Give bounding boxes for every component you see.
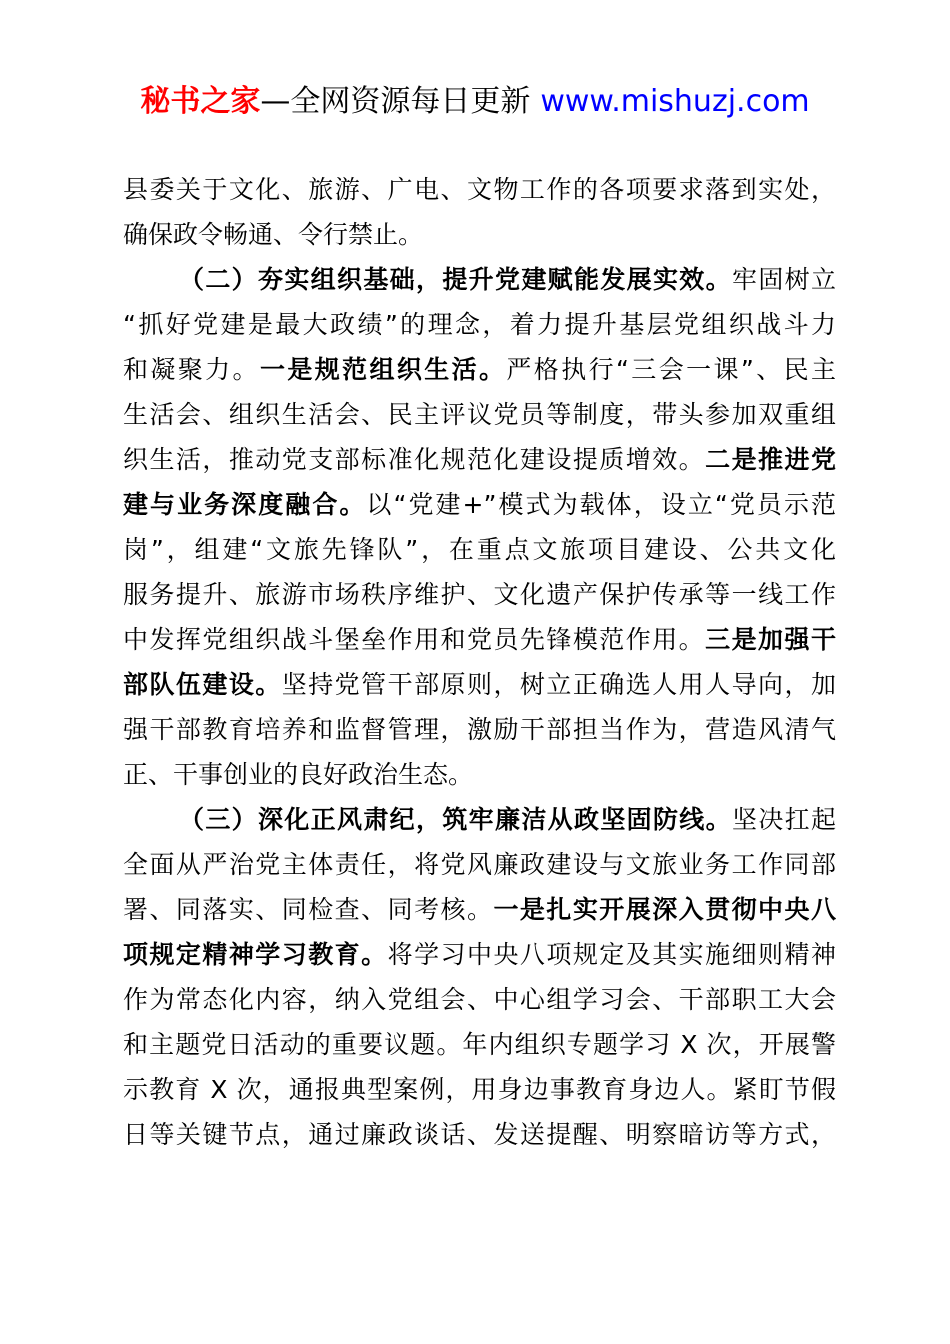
bold-text-segment: 二是推进党 [705, 445, 836, 474]
text-segment: 全面从严治党主体责任，将党风廉政建设与文旅业务工作同部 [123, 850, 836, 879]
text-line: 中发挥党组织战斗堡垒作用和党员先锋模范作用。三是加强干 [123, 617, 836, 662]
header-dash: — [260, 84, 290, 119]
text-segment: 作为常态化内容，纳入党组会、中心组学习会、干部职工大会 [123, 985, 836, 1014]
text-segment: 织生活，推动党支部标准化规范化建设提质增效。 [123, 445, 705, 474]
site-header: 秘书之家—全网资源每日更新www.mishuzj.com [0, 84, 950, 120]
text-line: 部队伍建设。坚持党管干部原则，树立正确选人用人导向，加 [123, 662, 836, 707]
document-body: 县委关于文化、旅游、广电、文物工作的各项要求落到实处，确保政令畅通、令行禁止。（… [123, 167, 836, 1157]
text-line: 作为常态化内容，纳入党组会、中心组学习会、干部职工大会 [123, 977, 836, 1022]
text-segment: 岗”，组建“文旅先锋队”，在重点文旅项目建设、公共文化 [123, 535, 836, 564]
text-segment: 将学习中央八项规定及其实施细则精神 [388, 940, 836, 969]
text-line: 署、同落实、同检查、同考核。一是扎实开展深入贯彻中央八 [123, 887, 836, 932]
text-line: 强干部教育培养和监督管理，激励干部担当作为，营造风清气 [123, 707, 836, 752]
text-segment: 正、干事创业的良好政治生态。 [123, 760, 473, 789]
text-line: 和凝聚力。一是规范组织生活。严格执行“三会一课”、民主 [123, 347, 836, 392]
text-segment: 县委关于文化、旅游、广电、文物工作的各项要求落到实处， [123, 175, 836, 204]
bold-text-segment: （三）深化正风肃纪，筑牢廉洁从政坚固防线。 [179, 805, 732, 834]
text-line: （二）夯实组织基础，提升党建赋能发展实效。牢固树立 [123, 257, 836, 302]
bold-text-segment: 一是扎实开展深入贯彻中央八 [493, 895, 836, 924]
bold-text-segment: 三是加强干 [705, 625, 836, 654]
text-segment: 中发挥党组织战斗堡垒作用和党员先锋模范作用。 [123, 625, 705, 654]
header-tagline: 全网资源每日更新 [290, 84, 530, 119]
text-segment: 生活会、组织生活会、民主评议党员等制度，带头参加双重组 [123, 400, 836, 429]
text-line: 示教育 X 次，通报典型案例，用身边事教育身边人。紧盯节假 [123, 1067, 836, 1112]
text-segment: 牢固树立 [732, 265, 836, 294]
text-line: 全面从严治党主体责任，将党风廉政建设与文旅业务工作同部 [123, 842, 836, 887]
text-line: 生活会、组织生活会、民主评议党员等制度，带头参加双重组 [123, 392, 836, 437]
text-line: 建与业务深度融合。以“党建+”模式为载体，设立“党员示范 [123, 482, 836, 527]
text-segment: 确保政令畅通、令行禁止。 [123, 220, 423, 249]
text-line: 正、干事创业的良好政治生态。 [123, 752, 836, 797]
text-segment: 严格执行“三会一课”、民主 [506, 355, 836, 384]
bold-text-segment: （二）夯实组织基础，提升党建赋能发展实效。 [179, 265, 732, 294]
text-segment: 和主题党日活动的重要议题。年内组织专题学习 X 次，开展警 [123, 1030, 836, 1059]
text-segment: “抓好党建是最大政绩”的理念，着力提升基层党组织战斗力 [123, 310, 836, 339]
bold-text-segment: 项规定精神学习教育。 [123, 940, 388, 969]
text-line: 织生活，推动党支部标准化规范化建设提质增效。二是推进党 [123, 437, 836, 482]
text-line: 确保政令畅通、令行禁止。 [123, 212, 836, 257]
text-line: 岗”，组建“文旅先锋队”，在重点文旅项目建设、公共文化 [123, 527, 836, 572]
text-segment: 署、同落实、同检查、同考核。 [123, 895, 493, 924]
text-segment: 坚决扛起 [732, 805, 836, 834]
text-segment: 以“党建+”模式为载体，设立“党员示范 [366, 490, 836, 519]
header-url-link[interactable]: www.mishuzj.com [540, 84, 809, 119]
text-line: 和主题党日活动的重要议题。年内组织专题学习 X 次，开展警 [123, 1022, 836, 1067]
bold-text-segment: 部队伍建设。 [123, 670, 282, 699]
text-line: “抓好党建是最大政绩”的理念，着力提升基层党组织战斗力 [123, 302, 836, 347]
text-line: 服务提升、旅游市场秩序维护、文化遗产保护传承等一线工作 [123, 572, 836, 617]
text-segment: 和凝聚力。 [123, 355, 260, 384]
text-line: 日等关键节点，通过廉政谈话、发送提醒、明察暗访等方式， [123, 1112, 836, 1157]
text-segment: 日等关键节点，通过廉政谈话、发送提醒、明察暗访等方式， [123, 1120, 836, 1149]
document-page: 秘书之家—全网资源每日更新www.mishuzj.com 县委关于文化、旅游、广… [0, 0, 950, 1344]
bold-text-segment: 一是规范组织生活。 [260, 355, 506, 384]
brand-name: 秘书之家 [140, 84, 260, 119]
bold-text-segment: 建与业务深度融合。 [123, 490, 366, 519]
text-line: 县委关于文化、旅游、广电、文物工作的各项要求落到实处， [123, 167, 836, 212]
text-line: 项规定精神学习教育。将学习中央八项规定及其实施细则精神 [123, 932, 836, 977]
text-line: （三）深化正风肃纪，筑牢廉洁从政坚固防线。坚决扛起 [123, 797, 836, 842]
text-segment: 示教育 X 次，通报典型案例，用身边事教育身边人。紧盯节假 [123, 1075, 836, 1104]
text-segment: 坚持党管干部原则，树立正确选人用人导向，加 [282, 670, 836, 699]
text-segment: 服务提升、旅游市场秩序维护、文化遗产保护传承等一线工作 [123, 580, 836, 609]
text-segment: 强干部教育培养和监督管理，激励干部担当作为，营造风清气 [123, 715, 836, 744]
